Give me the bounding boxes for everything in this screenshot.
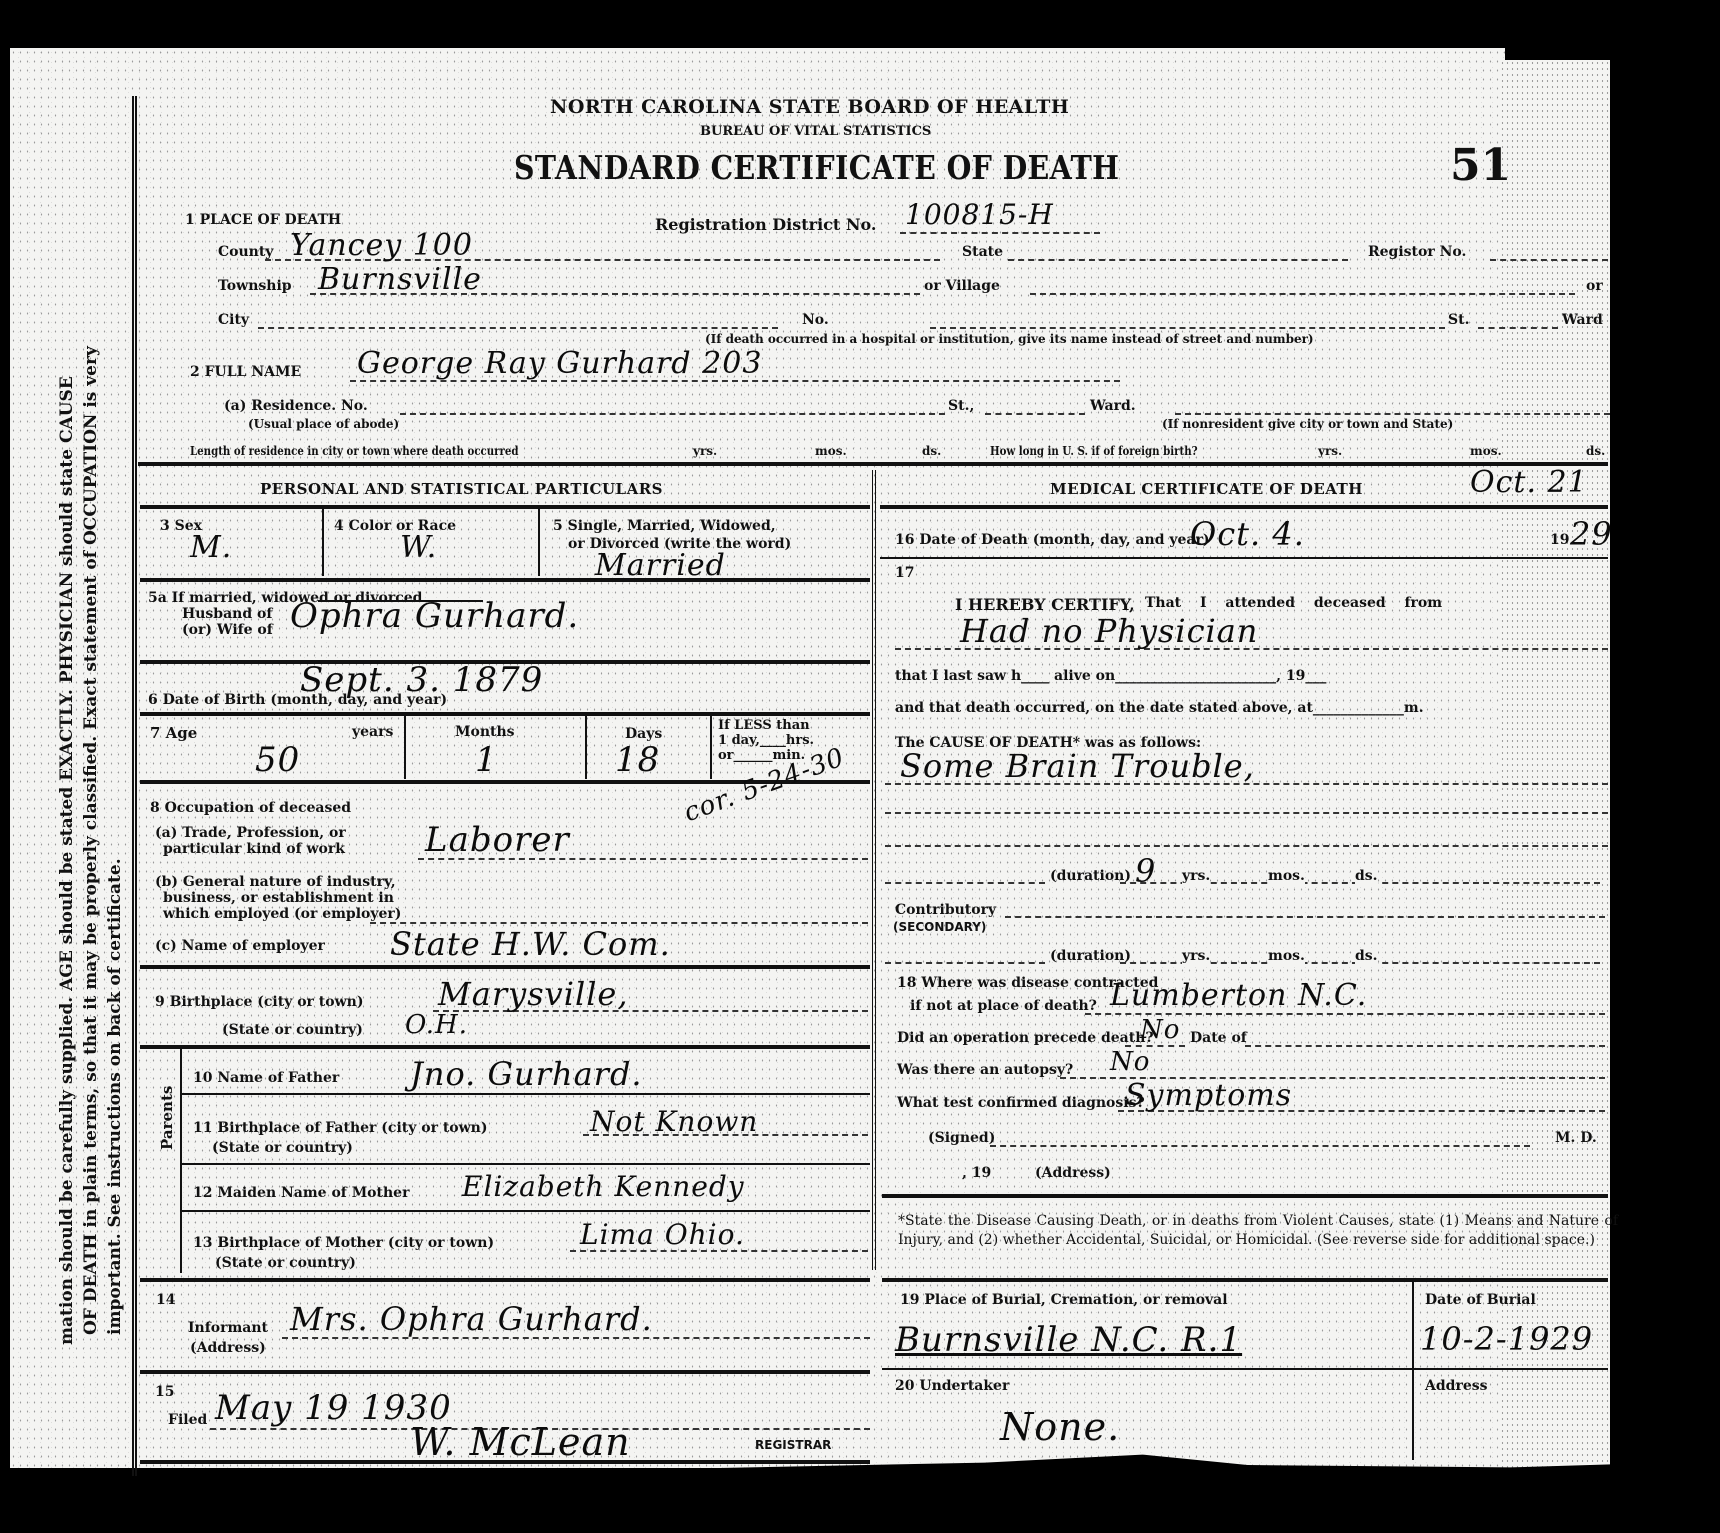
personal-section-title: PERSONAL AND STATISTICAL PARTICULARS	[260, 480, 663, 498]
age-months-value[interactable]: 1	[475, 740, 498, 780]
item-17-label: 17	[895, 565, 914, 581]
race-label: 4 Color or Race	[334, 518, 456, 534]
scan-border-bottom	[0, 1478, 1720, 1533]
signed-year-line: , 19	[962, 1165, 991, 1181]
residence-label: (a) Residence. No.	[224, 398, 368, 414]
duration-years-value[interactable]: 9	[1135, 852, 1156, 890]
death-year-value[interactable]: 29	[1570, 515, 1613, 553]
autopsy-label: Was there an autopsy?	[897, 1062, 1073, 1078]
trade-label-1: (a) Trade, Profession, or	[155, 825, 346, 841]
father-birthplace-value[interactable]: Not Known	[590, 1105, 758, 1138]
city-no-label: No.	[802, 312, 829, 328]
hospital-note: (If death occurred in a hospital or inst…	[705, 332, 1314, 346]
autopsy-value[interactable]: No	[1110, 1047, 1150, 1077]
date-of-death-label: 16 Date of Death (month, day, and year)	[895, 532, 1209, 548]
spouse-value[interactable]: Ophra Gurhard.	[290, 596, 579, 636]
township-value[interactable]: Burnsville	[318, 262, 482, 297]
burial-place-value[interactable]: Burnsville N.C. R.1	[895, 1320, 1242, 1360]
cause-of-death-value[interactable]: Some Brain Trouble,	[900, 747, 1255, 785]
undertaker-label: 20 Undertaker	[895, 1378, 1009, 1394]
registration-district-value[interactable]: 100815-H	[905, 198, 1054, 231]
death-occurred-line: and that death occurred, on the date sta…	[895, 700, 1424, 716]
foreign-ds: ds.	[1586, 444, 1605, 458]
undertaker-value[interactable]: None.	[1000, 1405, 1120, 1449]
operation-value[interactable]: No	[1140, 1015, 1180, 1045]
agency-title: NORTH CAROLINA STATE BOARD OF HEALTH	[550, 96, 1069, 118]
less-label-1: If LESS than	[718, 718, 810, 733]
margin-line-2: OF DEATH in plain terms, so that it may …	[79, 85, 103, 1345]
duration-ds-1: ds.	[1355, 868, 1378, 884]
foreign-birth-label: How long in U. S. if of foreign birth?	[990, 444, 1198, 458]
registrar-label: REGISTRAR	[755, 1438, 831, 1452]
margin-line-1: mation should be carefully supplied. AGE…	[55, 85, 79, 1345]
duration-yrs-1: yrs.	[1182, 868, 1210, 884]
place-of-death-label: 1 PLACE OF DEATH	[185, 212, 341, 228]
signed-address-label: (Address)	[1035, 1165, 1111, 1181]
race-value[interactable]: W.	[400, 530, 437, 565]
birthplace-label: 9 Birthplace (city or town)	[155, 994, 363, 1010]
attended-value[interactable]: Had no Physician	[960, 612, 1258, 650]
residence-ward-label: Ward.	[1090, 398, 1136, 414]
father-name-label: 10 Name of Father	[193, 1070, 339, 1086]
trade-label-2: particular kind of work	[163, 841, 345, 857]
employer-label: (c) Name of employer	[155, 938, 325, 954]
test-label: What test confirmed diagnosis?	[897, 1095, 1145, 1111]
filed-label: Filed	[168, 1412, 207, 1428]
industry-label-3: which employed (or employer)	[163, 906, 401, 922]
age-years-label: years	[352, 724, 393, 740]
birthplace-value[interactable]: Marysville,	[438, 975, 629, 1013]
father-birthplace-label: 11 Birthplace of Father (city or town)	[193, 1120, 488, 1136]
secondary-label: (SECONDARY)	[893, 920, 986, 934]
duration-label-1: (duration)	[1050, 868, 1131, 884]
full-name-label: 2 FULL NAME	[190, 364, 301, 380]
city-ward-label: Ward	[1562, 312, 1603, 328]
registor-label: Registor No.	[1368, 244, 1466, 260]
duration-mos-2: mos.	[1268, 948, 1305, 964]
length-ds: ds.	[922, 444, 941, 458]
age-label: 7 Age	[150, 724, 197, 742]
informant-value[interactable]: Mrs. Ophra Gurhard.	[290, 1300, 653, 1338]
duration-ds-2: ds.	[1355, 948, 1378, 964]
full-name-value[interactable]: George Ray Gurhard 203	[357, 346, 762, 381]
burial-date-value[interactable]: 10-2-1929	[1420, 1320, 1593, 1358]
certificate-title: STANDARD CERTIFICATE OF DEATH	[514, 148, 1119, 187]
city-st-label: St.	[1448, 312, 1469, 328]
birth-state-value[interactable]: O.H.	[405, 1010, 468, 1040]
parents-label: Parents	[158, 1086, 176, 1150]
filed-number: 15	[155, 1384, 174, 1400]
occupation-label: 8 Occupation of deceased	[150, 800, 351, 816]
county-label: County	[218, 244, 273, 260]
marital-label-1: 5 Single, Married, Widowed,	[553, 518, 776, 534]
mother-birthplace-value[interactable]: Lima Ohio.	[580, 1218, 745, 1251]
county-value[interactable]: Yancey 100	[290, 228, 473, 263]
registrar-signature[interactable]: W. McLean	[410, 1420, 631, 1464]
mother-name-value[interactable]: Elizabeth Kennedy	[462, 1170, 745, 1203]
length-yrs: yrs.	[693, 444, 717, 458]
medical-section-title: MEDICAL CERTIFICATE OF DEATH	[1050, 480, 1363, 498]
date-of-birth-label: 6 Date of Birth (month, day, and year)	[148, 692, 447, 708]
bureau-title: BUREAU OF VITAL STATISTICS	[700, 124, 931, 139]
length-mos: mos.	[815, 444, 847, 458]
test-value[interactable]: Symptoms	[1125, 1078, 1292, 1113]
residence-sub-label: (Usual place of abode)	[248, 417, 399, 431]
state-label: State	[962, 244, 1003, 260]
city-label: City	[218, 312, 249, 328]
certificate-number: 51	[1450, 140, 1511, 191]
industry-label-1: (b) General nature of industry,	[155, 874, 396, 890]
father-state-label: (State or country)	[212, 1140, 353, 1156]
undertaker-address-label: Address	[1425, 1378, 1488, 1394]
md-label: M. D.	[1555, 1130, 1597, 1146]
operation-label: Did an operation precede death?	[897, 1030, 1154, 1046]
date-of-death-value[interactable]: Oct. 4.	[1190, 515, 1305, 553]
residence-st-label: St.,	[948, 398, 974, 414]
last-saw-line: that I last saw h____ alive on__________…	[895, 668, 1326, 684]
informant-label: Informant	[188, 1320, 268, 1336]
nonresident-note: (If nonresident give city or town and St…	[1162, 417, 1453, 431]
birth-state-label: (State or country)	[222, 1022, 363, 1038]
village-label: or Village	[924, 278, 1000, 294]
contributory-label: Contributory	[895, 902, 996, 918]
age-years-value[interactable]: 50	[255, 740, 300, 780]
less-label-2: 1 day,____hrs.	[718, 733, 814, 748]
length-of-residence-label: Length of residence in city or town wher…	[190, 444, 519, 458]
informant-address-label: (Address)	[190, 1340, 266, 1356]
cause-footnote: *State the Disease Causing Death, or in …	[898, 1212, 1618, 1250]
employer-value[interactable]: State H.W. Com.	[390, 925, 671, 963]
foreign-mos: mos.	[1470, 444, 1502, 458]
mother-state-label: (State or country)	[215, 1255, 356, 1271]
duration-label-2: (duration)	[1050, 948, 1131, 964]
death-year-prefix: 19	[1550, 532, 1569, 548]
contracted-value[interactable]: Lumberton N.C.	[1110, 978, 1367, 1013]
registration-district-label: Registration District No.	[655, 215, 876, 234]
certify-text: That I attended deceased from	[1145, 595, 1442, 611]
informant-number: 14	[156, 1292, 175, 1308]
margin-line-3: important. See instructions on back of c…	[103, 85, 127, 1345]
township-label: Township	[218, 278, 292, 294]
duration-yrs-2: yrs.	[1182, 948, 1210, 964]
or-label: or	[1586, 278, 1603, 294]
signed-label: (Signed)	[928, 1130, 995, 1146]
medical-stamp-value: Oct. 21	[1470, 465, 1588, 500]
burial-place-label: 19 Place of Burial, Cremation, or remova…	[900, 1292, 1228, 1308]
industry-label-2: business, or establishment in	[163, 890, 394, 906]
mother-name-label: 12 Maiden Name of Mother	[193, 1185, 409, 1201]
age-days-value[interactable]: 18	[615, 740, 660, 780]
sex-value[interactable]: M.	[190, 530, 232, 565]
foreign-yrs: yrs.	[1318, 444, 1342, 458]
burial-date-label: Date of Burial	[1425, 1292, 1536, 1308]
trade-value[interactable]: Laborer	[425, 820, 570, 860]
duration-mos-1: mos.	[1268, 868, 1305, 884]
spouse-label-2: Husband of	[182, 606, 272, 622]
age-months-label: Months	[455, 724, 515, 740]
contracted-label-2: if not at place of death?	[910, 998, 1097, 1014]
spouse-label-3: (or) Wife of	[182, 622, 273, 638]
operation-date-label: Date of	[1190, 1030, 1247, 1046]
father-name-value[interactable]: Jno. Gurhard.	[410, 1055, 643, 1093]
mother-birthplace-label: 13 Birthplace of Mother (city or town)	[193, 1235, 494, 1251]
